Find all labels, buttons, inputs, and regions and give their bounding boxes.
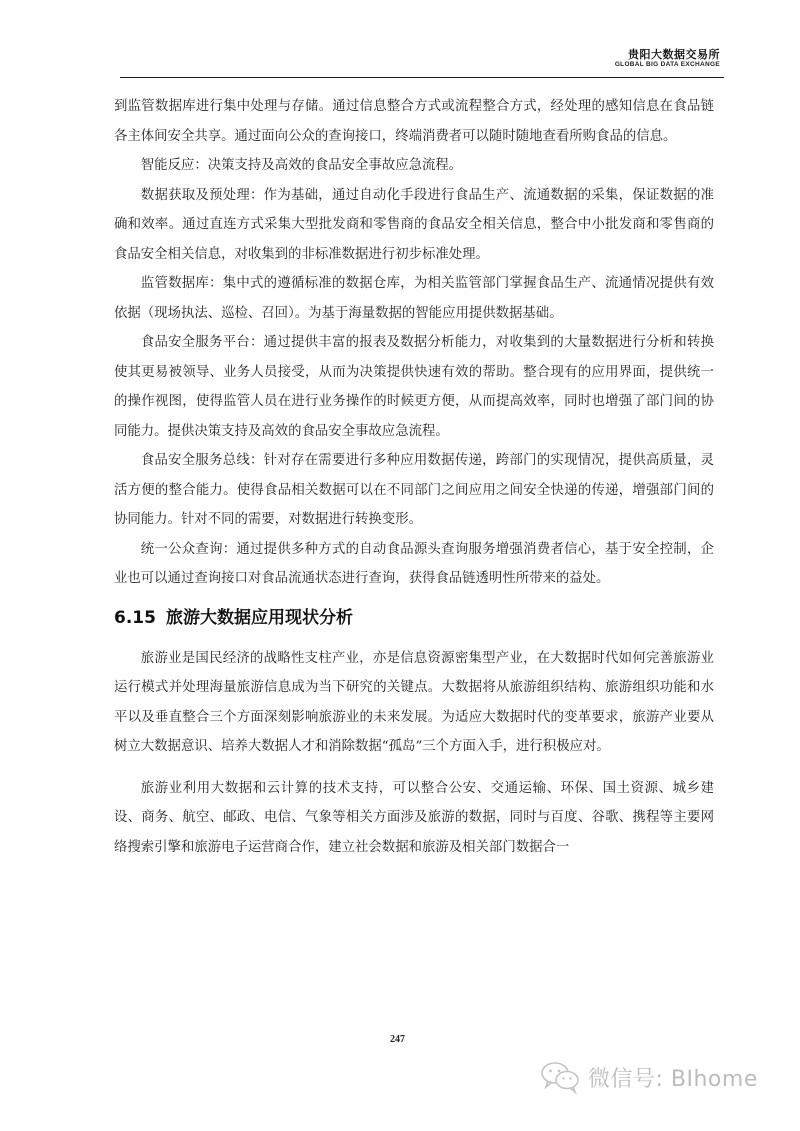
paragraph: 食品安全服务平台：通过提供丰富的报表及数据分析能力，对收集到的大量数据进行分析和… [114, 328, 714, 446]
document-body: 到监管数据库进行集中处理与存储。通过信息整合方式或流程整合方式，经处理的感知信息… [114, 92, 714, 862]
page-number: 247 [390, 1034, 405, 1045]
paragraph: 监管数据库：集中式的遵循标准的数据仓库，为相关监管部门掌握食品生产、流通情况提供… [114, 269, 714, 328]
section-number: 6.15 [114, 608, 156, 628]
paragraph: 智能反应：决策支持及高效的食品安全事故应急流程。 [114, 151, 714, 181]
brand-logo: 贵阳大数据交易所 GLOBAL BIG DATA EXCHANGE [615, 48, 720, 69]
brand-name-en: GLOBAL BIG DATA EXCHANGE [615, 61, 720, 69]
paragraph: 数据获取及预处理：作为基础，通过自动化手段进行食品生产、流通数据的采集，保证数据… [114, 181, 714, 270]
section-heading: 6.15旅游大数据应用现状分析 [114, 604, 714, 632]
watermark-text: 微信号: BIhome [588, 1062, 758, 1093]
brand-name-cn: 贵阳大数据交易所 [615, 48, 720, 61]
paragraph: 旅游业利用大数据和云计算的技术支持，可以整合公安、交通运输、环保、国土资源、城乡… [114, 774, 714, 863]
header-divider [120, 77, 724, 78]
section-title: 旅游大数据应用现状分析 [166, 608, 353, 628]
page-header: 贵阳大数据交易所 GLOBAL BIG DATA EXCHANGE [120, 44, 724, 78]
paragraph-spacer [114, 762, 714, 774]
paragraph: 食品安全服务总线：针对存在需要进行多种应用数据传递，跨部门的实现情况，提供高质量… [114, 446, 714, 535]
watermark: 微信号: BIhome [540, 1060, 758, 1094]
wechat-icon [540, 1060, 582, 1094]
paragraph: 到监管数据库进行集中处理与存储。通过信息整合方式或流程整合方式，经处理的感知信息… [114, 92, 714, 151]
paragraph: 旅游业是国民经济的战略性支柱产业，亦是信息资源密集型产业，在大数据时代如何完善旅… [114, 644, 714, 762]
paragraph: 统一公众查询：通过提供多种方式的自动食品源头查询服务增强消费者信心，基于安全控制… [114, 535, 714, 594]
